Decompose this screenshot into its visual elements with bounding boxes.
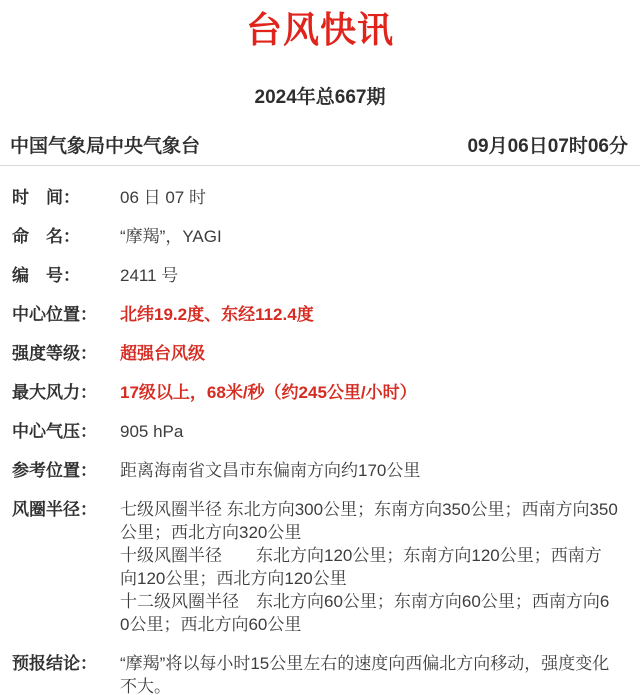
agency-name: 中国气象局中央气象台 xyxy=(10,131,200,158)
field-row: 中心位置： 北纬19.2度、东经112.4度 xyxy=(12,303,618,326)
field-row: 命 名： “摩羯”，YAGI xyxy=(12,225,618,248)
field-row: 强度等级： 超强台风级 xyxy=(12,342,618,365)
field-value: “摩羯”将以每小时15公里左右的速度向西偏北方向移动，强度变化不大。 xyxy=(120,652,618,695)
field-row: 编 号： 2411 号 xyxy=(12,264,618,287)
field-list: 时 间： 06 日 07 时 命 名： “摩羯”，YAGI 编 号： 2411 … xyxy=(0,186,640,695)
field-value: 超强台风级 xyxy=(120,342,618,365)
field-value: 2411 号 xyxy=(120,264,618,287)
field-label: 预报结论： xyxy=(12,652,120,675)
field-value: “摩羯”，YAGI xyxy=(120,225,618,248)
page-title: 台风快讯 xyxy=(0,8,640,52)
field-row: 时 间： 06 日 07 时 xyxy=(12,186,618,209)
field-label: 时 间： xyxy=(12,186,120,209)
field-value: 北纬19.2度、东经112.4度 xyxy=(120,303,618,326)
field-label: 命 名： xyxy=(12,225,120,248)
field-row: 预报结论： “摩羯”将以每小时15公里左右的速度向西偏北方向移动，强度变化不大。 xyxy=(12,652,618,695)
field-value: 17级以上，68米/秒（约245公里/小时） xyxy=(120,381,618,404)
field-row: 最大风力： 17级以上，68米/秒（约245公里/小时） xyxy=(12,381,618,404)
issue-number: 2024年总667期 xyxy=(0,82,640,109)
typhoon-bulletin: 台风快讯 2024年总667期 中国气象局中央气象台 09月06日07时06分 … xyxy=(0,0,640,695)
agency-row: 中国气象局中央气象台 09月06日07时06分 xyxy=(0,131,640,158)
field-label: 中心位置： xyxy=(12,303,120,326)
field-value: 七级风圈半径 东北方向300公里；东南方向350公里；西南方向350公里；西北方… xyxy=(120,498,618,636)
field-row: 风圈半径： 七级风圈半径 东北方向300公里；东南方向350公里；西南方向350… xyxy=(12,498,618,636)
field-row: 参考位置： 距离海南省文昌市东偏南方向约170公里 xyxy=(12,459,618,482)
field-label: 风圈半径： xyxy=(12,498,120,521)
field-label: 强度等级： xyxy=(12,342,120,365)
divider xyxy=(0,165,640,166)
field-row: 中心气压： 905 hPa xyxy=(12,420,618,443)
field-value: 905 hPa xyxy=(120,420,618,443)
issue-datetime: 09月06日07时06分 xyxy=(467,131,628,158)
field-label: 中心气压： xyxy=(12,420,120,443)
field-value: 距离海南省文昌市东偏南方向约170公里 xyxy=(120,459,618,482)
field-label: 最大风力： xyxy=(12,381,120,404)
field-value: 06 日 07 时 xyxy=(120,186,618,209)
field-label: 参考位置： xyxy=(12,459,120,482)
field-label: 编 号： xyxy=(12,264,120,287)
